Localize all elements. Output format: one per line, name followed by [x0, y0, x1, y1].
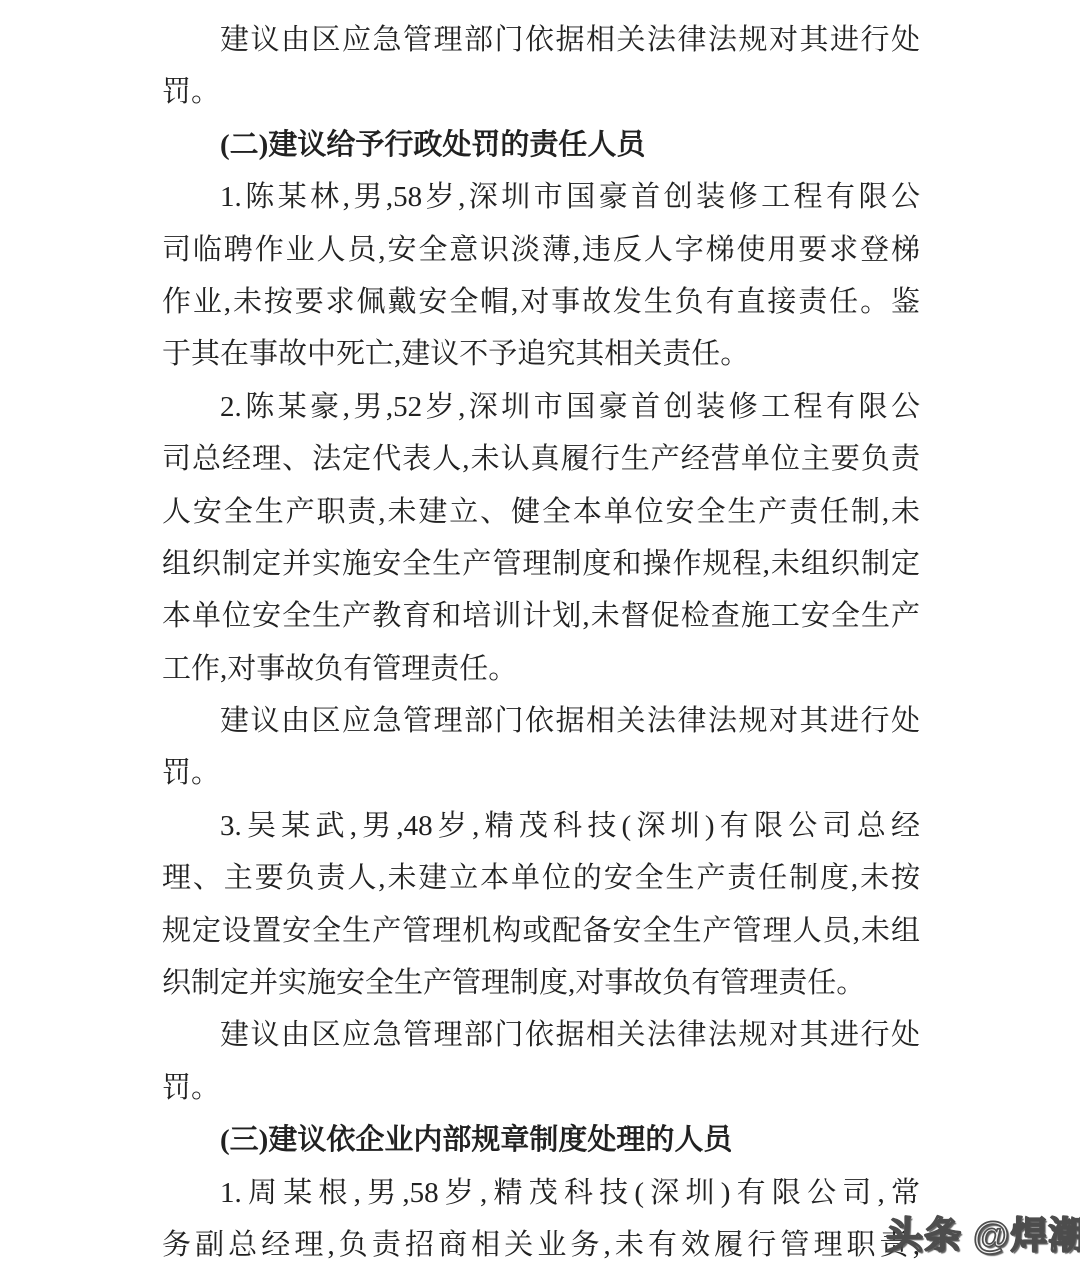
paragraph-line: 2.陈某豪,男,52岁,深圳市国豪首创装修工程有限公 [162, 381, 920, 433]
paragraph-line: 司临聘作业人员,安全意识淡薄,违反人字梯使用要求登梯 [162, 224, 920, 276]
paragraph-line: 务副总经理,负责招商相关业务,未有效履行管理职责, [162, 1219, 920, 1271]
paragraph-line: 工作,对事故负有管理责任。 [162, 643, 920, 695]
paragraph-line: 罚。 [162, 747, 920, 799]
paragraph-line: 理、主要负责人,未建立本单位的安全生产责任制度,未按 [162, 852, 920, 904]
paragraph-line: 建议由区应急管理部门依据相关法律法规对其进行处 [162, 695, 920, 747]
paragraph-line: 罚。 [162, 66, 920, 118]
document-page: 建议由区应急管理部门依据相关法律法规对其进行处罚。(二)建议给予行政处罚的责任人… [0, 0, 1080, 1274]
paragraph-line: 织制定并实施安全生产管理制度,对事故负有管理责任。 [162, 957, 920, 1009]
paragraph-line: 罚。 [162, 1062, 920, 1114]
paragraph-line: 规定设置安全生产管理机构或配备安全生产管理人员,未组 [162, 905, 920, 957]
paragraph-line: 作业,未按要求佩戴安全帽,对事故发生负有直接责任。鉴 [162, 276, 920, 328]
paragraph-line: 建议由区应急管理部门依据相关法律法规对其进行处 [162, 14, 920, 66]
paragraph-line: 人安全生产职责,未建立、健全本单位安全生产责任制,未 [162, 486, 920, 538]
document-body: 建议由区应急管理部门依据相关法律法规对其进行处罚。(二)建议给予行政处罚的责任人… [162, 14, 920, 1271]
section-heading-line: (三)建议依企业内部规章制度处理的人员 [162, 1114, 920, 1166]
paragraph-line: 建议由区应急管理部门依据相关法律法规对其进行处 [162, 1009, 920, 1061]
paragraph-line: 本单位安全生产教育和培训计划,未督促检查施工安全生产 [162, 590, 920, 642]
paragraph-line: 司总经理、法定代表人,未认真履行生产经营单位主要负责 [162, 433, 920, 485]
paragraph-line: 于其在事故中死亡,建议不予追究其相关责任。 [162, 328, 920, 380]
watermark-text: 头条 @焊潮网 [886, 1211, 1080, 1261]
paragraph-line: 3.吴某武,男,48岁,精茂科技(深圳)有限公司总经 [162, 800, 920, 852]
paragraph-line: 1.周某根,男,58岁,精茂科技(深圳)有限公司,常 [162, 1167, 920, 1219]
paragraph-line: 组织制定并实施安全生产管理制度和操作规程,未组织制定 [162, 538, 920, 590]
section-heading-line: (二)建议给予行政处罚的责任人员 [162, 119, 920, 171]
paragraph-line: 1.陈某林,男,58岁,深圳市国豪首创装修工程有限公 [162, 171, 920, 223]
